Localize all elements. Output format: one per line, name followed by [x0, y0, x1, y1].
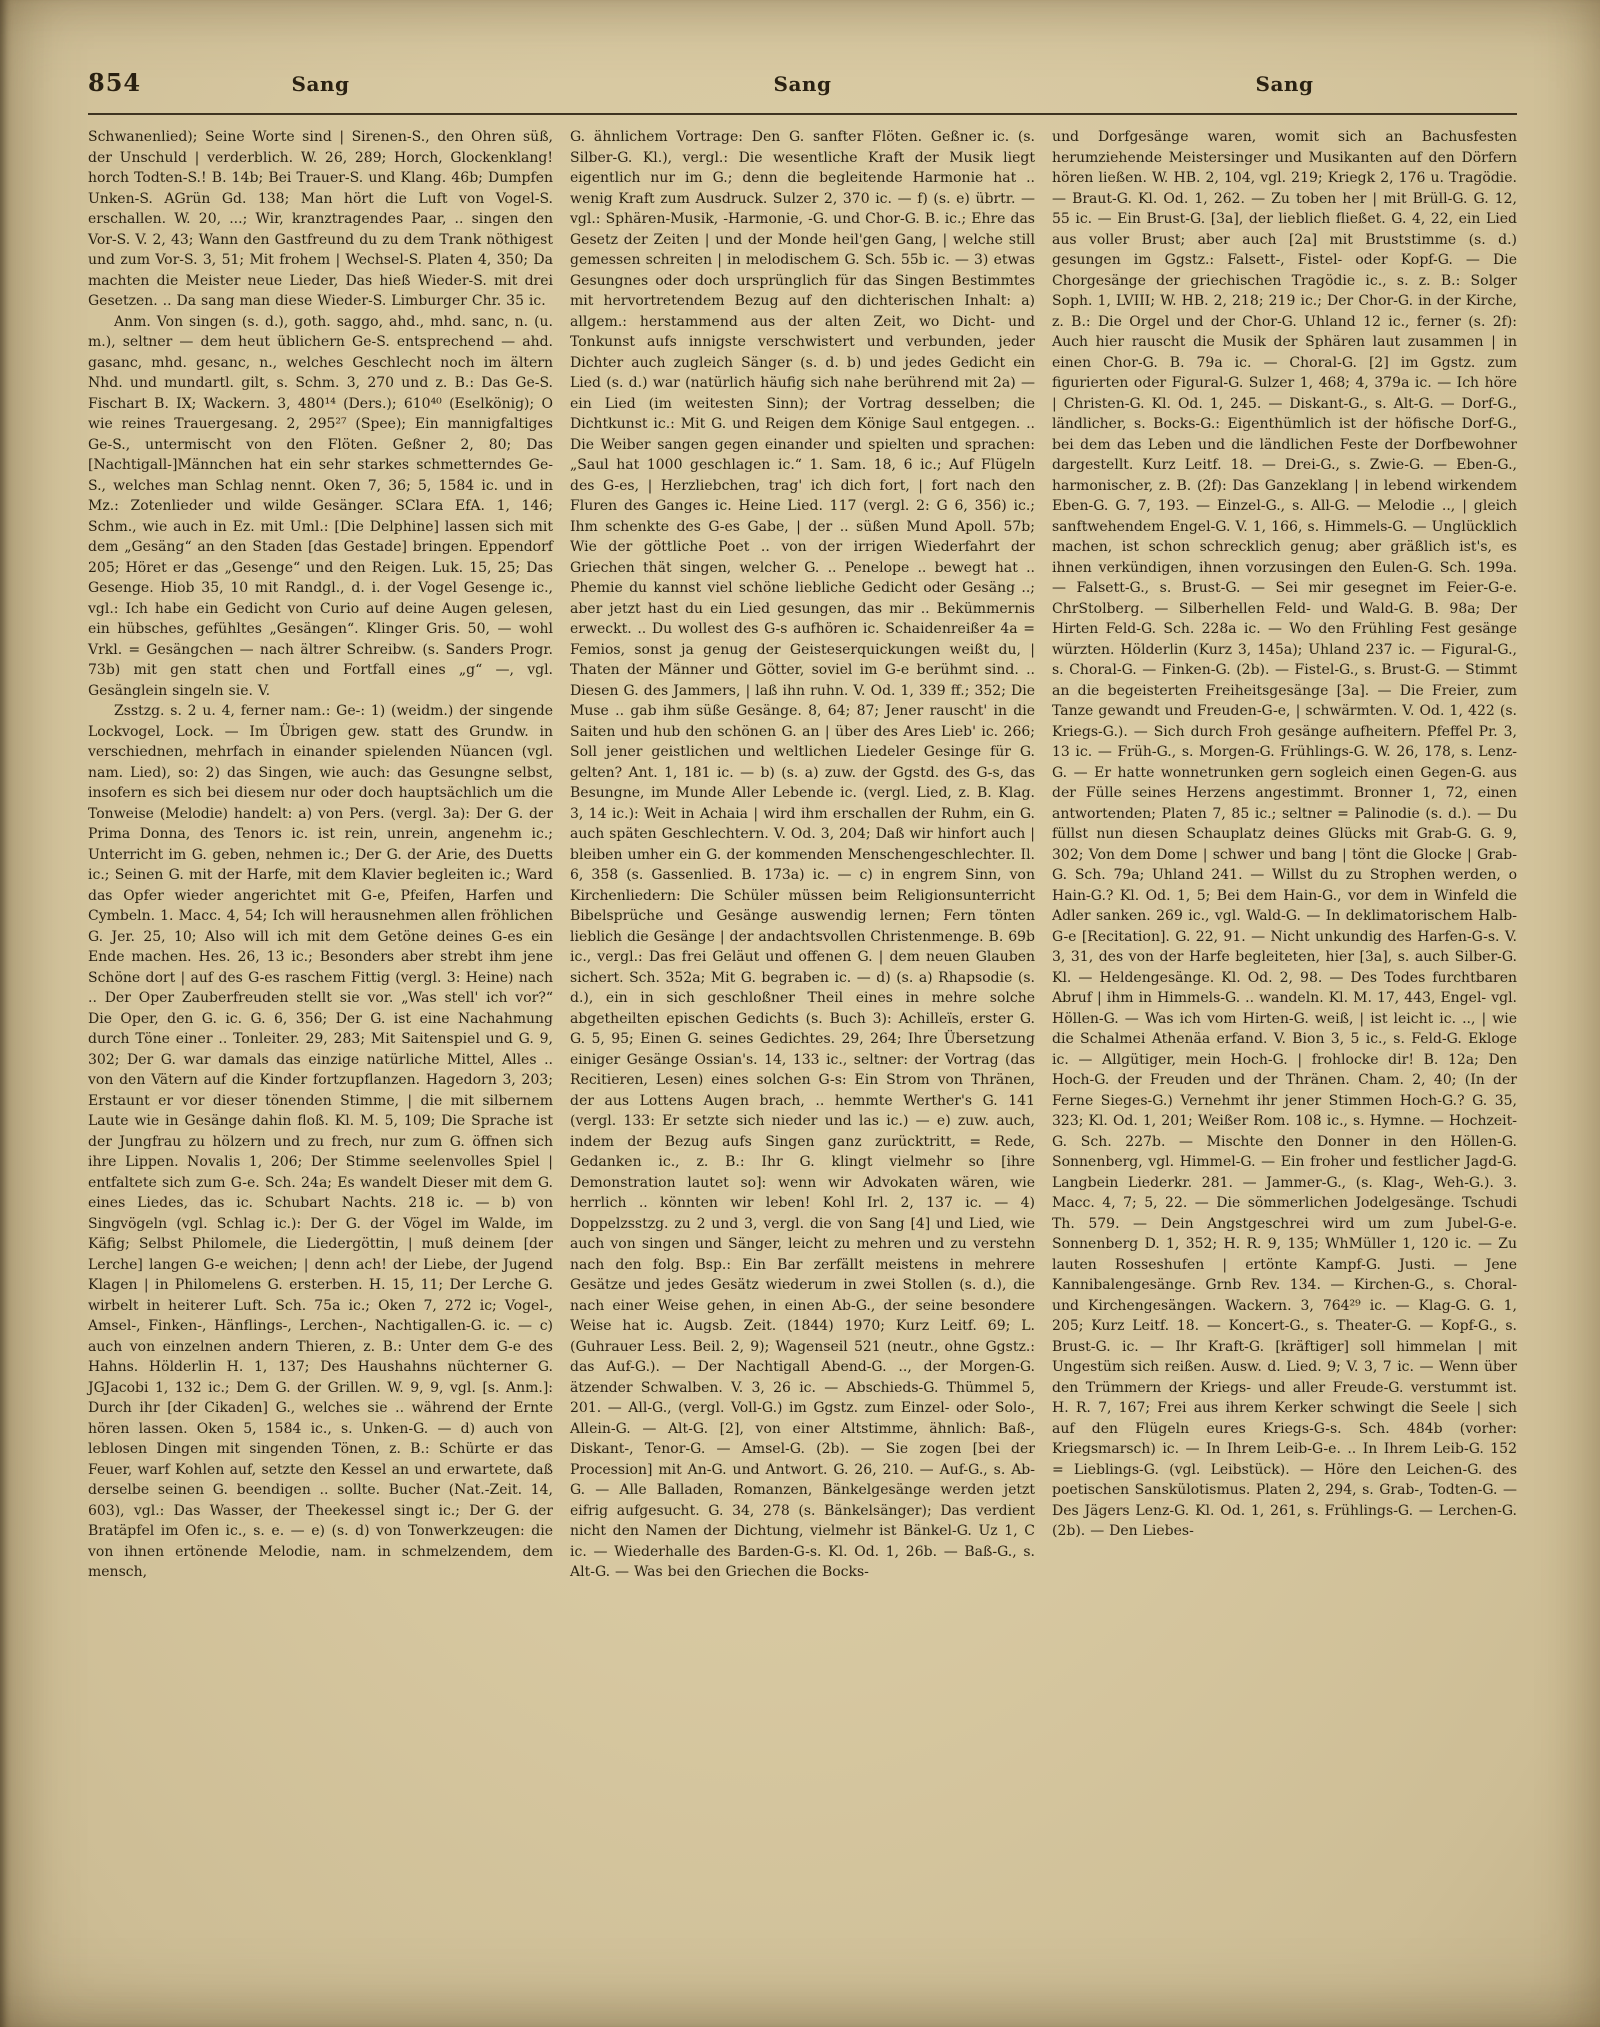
running-head-column-1: Sang [88, 72, 553, 96]
running-head-column-2: Sang [570, 72, 1035, 96]
text-column-1: Schwanenlied); Seine Worte sind | Sirene… [88, 127, 553, 1583]
text-column-2: G. ähnlichem Vortrage: Den G. sanfter Fl… [570, 127, 1035, 1583]
header-rule [88, 113, 1517, 115]
paragraph-zusammensetzungen: Zsstzg. s. 2 u. 4, ferner nam.: Ge-: 1) … [88, 701, 553, 1583]
paragraph-anmerkung: Anm. Von singen (s. d.), goth. saggo, ah… [88, 312, 553, 702]
paragraph-continuation: und Dorfgesänge waren, womit sich an Bac… [1052, 127, 1517, 1542]
paragraph-continuation: G. ähnlichem Vortrage: Den G. sanfter Fl… [570, 127, 1035, 1583]
paragraph-continuation: Schwanenlied); Seine Worte sind | Sirene… [88, 127, 553, 312]
dictionary-page: 854 Sang Sang Sang Schwanenlied); Seine … [0, 0, 1600, 2027]
running-head-column-3: Sang [1052, 72, 1517, 96]
text-column-3: und Dorfgesänge waren, womit sich an Bac… [1052, 127, 1517, 1542]
